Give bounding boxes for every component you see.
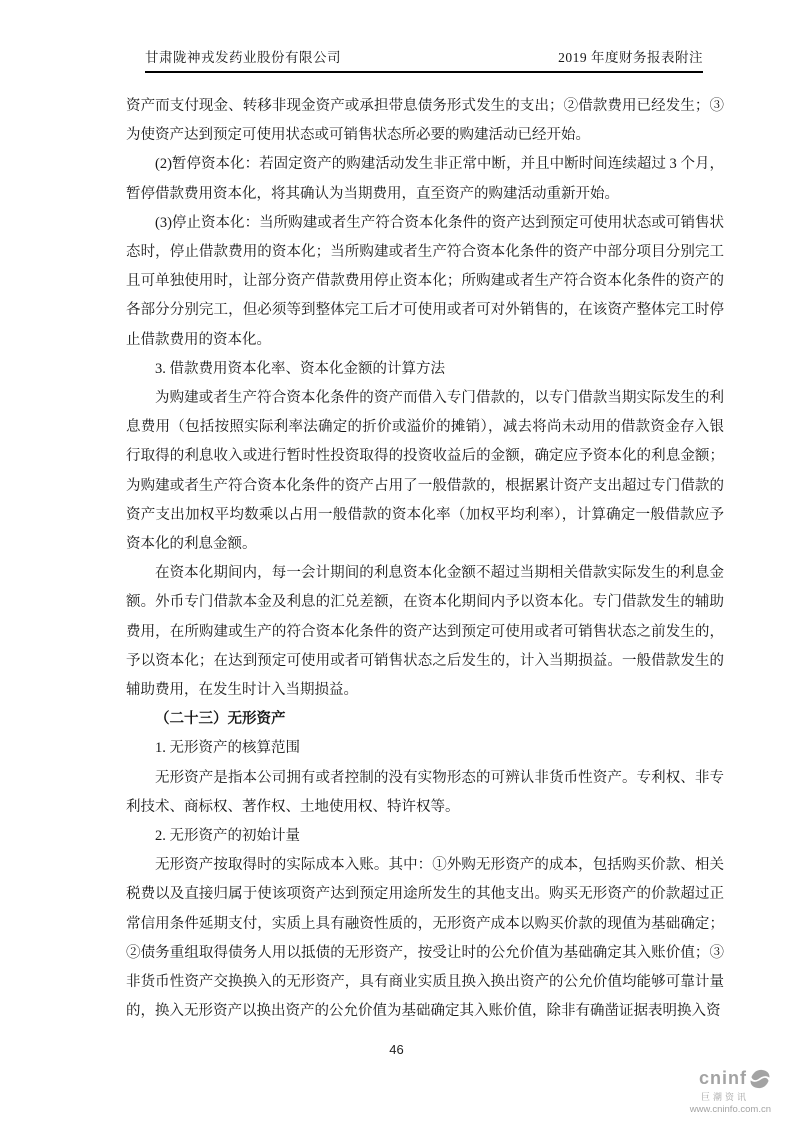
sub-heading: 2. 无形资产的初始计量 [126, 822, 724, 851]
cninfo-swirl-icon [749, 1069, 771, 1089]
document-page: 甘肃陇神戎发药业股份有限公司 2019 年度财务报表附注 资产而支付现金、转移非… [0, 0, 793, 1122]
page-header: 甘肃陇神戎发药业股份有限公司 2019 年度财务报表附注 [145, 50, 703, 73]
paragraph: 无形资产按取得时的实际成本入账。其中：①外购无形资产的成本，包括购买价款、相关税… [126, 851, 724, 1026]
sub-heading: 1. 无形资产的核算范围 [126, 734, 724, 763]
cninfo-chinese-name: 巨潮资讯 [690, 1090, 749, 1103]
sub-heading: 3. 借款费用资本化率、资本化金额的计算方法 [126, 355, 724, 384]
cninfo-url: www.cninfo.com.cn [690, 1104, 771, 1115]
section-heading: （二十三）无形资产 [126, 705, 724, 734]
paragraph: 在资本化期间内，每一会计期间的利息资本化金额不超过当期相关借款实际发生的利息金额… [126, 559, 724, 705]
report-title: 2019 年度财务报表附注 [558, 50, 703, 66]
cninfo-logo-row: cninf [690, 1068, 771, 1089]
cninfo-brand-text: cninf [699, 1068, 747, 1089]
cninfo-logo: cninf 巨潮资讯 www.cninfo.com.cn [690, 1068, 771, 1115]
page-number: 46 [0, 1042, 793, 1057]
paragraph: (3)停止资本化：当所购建或者生产符合资本化条件的资产达到预定可使用状态或可销售… [126, 209, 724, 355]
document-body: 资产而支付现金、转移非现金资产或承担带息债务形式发生的支出；②借款费用已经发生；… [126, 92, 724, 1027]
paragraph: 无形资产是指本公司拥有或者控制的没有实物形态的可辨认非货币性资产。专利权、非专利… [126, 764, 724, 822]
paragraph: 为购建或者生产符合资本化条件的资产而借入专门借款的，以专门借款当期实际发生的利息… [126, 384, 724, 559]
company-name: 甘肃陇神戎发药业股份有限公司 [145, 50, 341, 66]
paragraph: 资产而支付现金、转移非现金资产或承担带息债务形式发生的支出；②借款费用已经发生；… [126, 92, 724, 150]
paragraph: (2)暂停资本化：若固定资产的购建活动发生非正常中断，并且中断时间连续超过 3 … [126, 150, 724, 208]
